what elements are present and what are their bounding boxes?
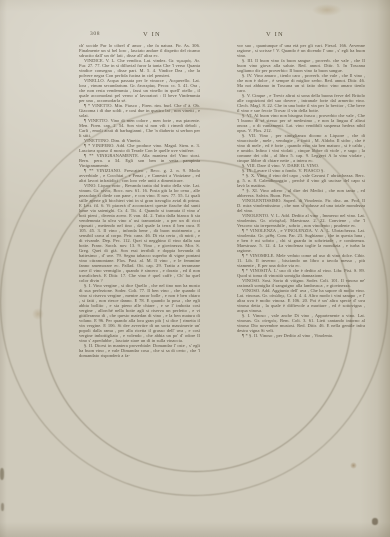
dictionary-paragraph: ¶ * VINOMELE. Mele veduto come ad uso di… bbox=[237, 253, 365, 268]
dictionary-paragraph: VINOSO. Sost. Sorta di vitigno. Soder. C… bbox=[237, 278, 365, 288]
scanned-dictionary-page: 308 V IN V IN ch' uccide Pur lo cibrel d… bbox=[0, 0, 390, 537]
dictionary-paragraph: ¶ ** VINIZIANO. Frescativo , Becc. g. 2.… bbox=[79, 168, 200, 183]
dictionary-paragraph: §. II. Dicesi in maniera proverbiale: Do… bbox=[79, 343, 200, 358]
dictionary-paragraph: VINOLENTISSIMO. Superl. di Vinolento. Fi… bbox=[237, 198, 365, 213]
dictionary-paragraph: * §. X. Vinto il vino del capo , vale Ca… bbox=[237, 173, 365, 188]
dictionary-paragraph: ¶ * VINOLENZA , e VINOLENZIA. V. A. L. U… bbox=[237, 228, 365, 253]
dictionary-paragraph: ¶ ** VINIGRANAMENTE. Alla maniera del Vi… bbox=[79, 153, 200, 168]
dictionary-paragraph: §. I. Vinoso , vale anche Di vino , Appa… bbox=[237, 313, 365, 333]
dictionary-paragraph: ¶ * VINIFERO. Add. Che produce vino. Mag… bbox=[79, 143, 200, 153]
dictionary-paragraph: §. III. Il buon vino fa buon sangue , pr… bbox=[237, 58, 365, 73]
dictionary-paragraph: VINELLO. Acqua passata per le vinacce , … bbox=[79, 78, 200, 103]
left-text-column: ch' uccide Pur lo cibrel d' amor , che f… bbox=[79, 43, 200, 420]
dictionary-paragraph: VINOLENTO. V. L. Add. Dedito al vino , I… bbox=[237, 213, 365, 228]
dictionary-paragraph: ¶ VINETTO. Vino di men colore , men fort… bbox=[79, 118, 200, 138]
page-number: 308 bbox=[90, 31, 100, 37]
dictionary-paragraph: §. I. Vino vergine , si dice Quello , ch… bbox=[79, 283, 200, 343]
paper-stain bbox=[350, 462, 357, 469]
paper-speck bbox=[1, 503, 4, 511]
dictionary-paragraph: §. IV. Vino amaro , tienlo caro , prover… bbox=[237, 73, 365, 93]
dictionary-paragraph: §. VII. Vino , per simiglianza dicono a … bbox=[237, 133, 365, 163]
dictionary-paragraph: VINDICE. V. L. Che vendica. Lat. vindex.… bbox=[79, 58, 200, 78]
dictionary-paragraph: VINO. Liquor noto , Bevanda tratta dal f… bbox=[79, 183, 200, 283]
dictionary-paragraph: VINOSO. Add. Aggiunto dell' uva , Che ha… bbox=[237, 288, 365, 313]
paper-speck bbox=[0, 468, 4, 480]
dictionary-paragraph: §. V. Cinque , e Trevir altrui si sona d… bbox=[237, 93, 365, 113]
dictionary-paragraph: ch' uccide Pur lo cibrel d' amor , che f… bbox=[79, 43, 200, 58]
running-head-left: V IN bbox=[143, 31, 161, 38]
dictionary-paragraph: ¶ * VINETTO. Min. Fiasco , Firen. rim. b… bbox=[79, 103, 200, 118]
paper-stain bbox=[32, 308, 44, 320]
dictionary-paragraph: ¶ * VINOSITÀ. L' uso di che è dedito al … bbox=[237, 268, 365, 278]
paper-stain bbox=[312, 4, 342, 16]
dictionary-paragraph: vor suo , quantunque d' una età per gli … bbox=[237, 43, 365, 58]
dictionary-paragraph: §. VI. Al buon vino non bisogna frasca ;… bbox=[237, 113, 365, 133]
dictionary-paragraph: * §. XI. Vino adiero , al dire dei Medic… bbox=[237, 188, 365, 198]
dictionary-paragraph: ¶ * §. II. Vinoso , per Dedito al vino ,… bbox=[237, 333, 365, 338]
right-text-column: vor suo , quantunque d' una età per gli … bbox=[237, 43, 365, 420]
running-head-right: V IN bbox=[266, 31, 284, 38]
paper-speck bbox=[372, 518, 378, 525]
